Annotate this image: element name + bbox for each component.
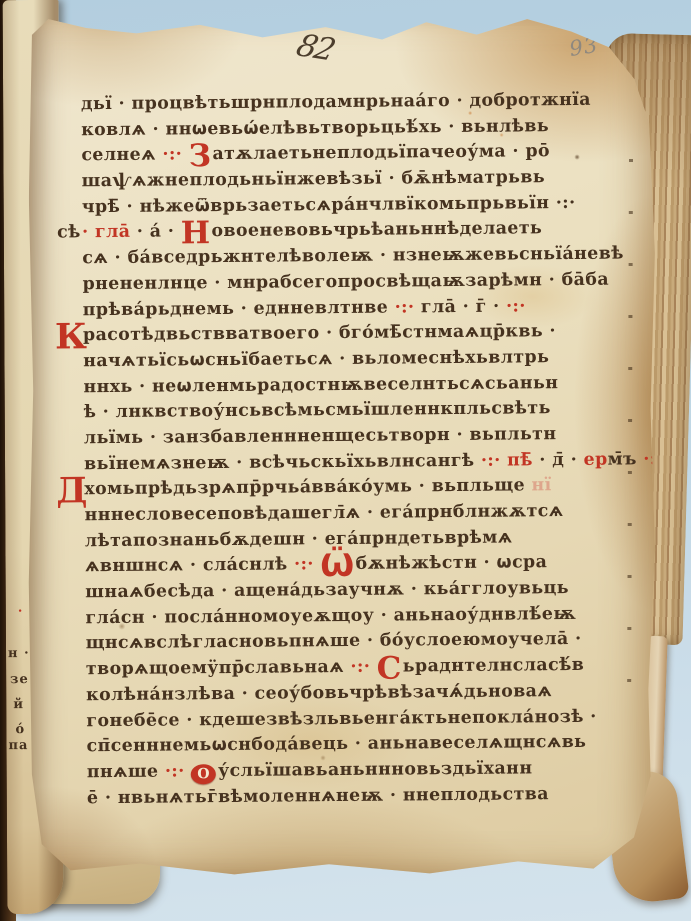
rubric-mark: ·:· bbox=[294, 555, 320, 575]
rubric-mark: · гла̄ bbox=[82, 222, 137, 242]
text-segment: дьї · процвѣтьшрнплодамнрьнаа́го · добро… bbox=[81, 90, 591, 114]
text-segment: чрѣ̄ · нѣжеѿврьзаетьсѧра́нчлвїкомьпрьвьї… bbox=[82, 193, 576, 217]
text-segment: шаѱѧжнеплодьньїнжевѣзьї · бѫ̄нѣматрьвь bbox=[82, 167, 546, 191]
text-segment: лѣтапознаньбѫдешн · ега́прндетьврѣмѧ bbox=[85, 527, 513, 551]
text-segment: прѣва́рьднемь · еднневлтнве bbox=[83, 297, 395, 320]
rubric-mark: ер bbox=[584, 449, 608, 469]
folio-number-ink: 82 bbox=[292, 28, 338, 68]
rubric-initial: Д bbox=[56, 474, 88, 509]
text-segment: у́сльїшавьаньннновьздьїханн bbox=[218, 758, 532, 781]
text-segment: сѣ bbox=[57, 221, 81, 247]
text-segment: ѣ · лнквствоу́нсьвсѣмьсмьїшленнкпльсвѣть bbox=[84, 398, 551, 422]
text-segment: гла̄ · г̄ · bbox=[421, 296, 506, 317]
text-segment: пнѧше bbox=[87, 761, 165, 782]
manuscript-page: 82 93 дьї · процвѣтьшрнплодамнрьнаа́го ·… bbox=[26, 7, 659, 881]
folio-number-pencil: 93 bbox=[568, 33, 600, 61]
text-segment: селнеѧ bbox=[81, 145, 162, 166]
text-segment: хомьпрѣдьзрѧпр̄рчьа́вва́ко́умь · вьпльще bbox=[84, 476, 525, 500]
margin-fragment: · bbox=[18, 604, 24, 619]
rubric-mark: ·:· bbox=[350, 657, 376, 677]
text-segment: ннхь · неѡленмьрадостнѭвеселнтьсѧсьаньн bbox=[83, 373, 558, 397]
text-segment: ьраднтелнсласѣ́в bbox=[403, 655, 585, 677]
text-segment: щнсѧвслѣгласновьпнѧше · бо́услоеюмоучела… bbox=[86, 629, 582, 653]
margin-fragment: па bbox=[8, 738, 28, 753]
text-segment: атѫлаетьнеплодьїпачеоу́ма · ро̄ bbox=[212, 142, 550, 165]
photo-backdrop: ·н ·зейо́па 82 93 дьї · процвѣтьшрнплода… bbox=[0, 0, 691, 921]
rubric-mark: ·:· bbox=[395, 297, 421, 317]
text-segment: колѣна́нзлѣва · сеоу́бовьчрѣвѣзачѧ́дьнов… bbox=[86, 681, 552, 705]
text-segment: е̄ · нвьнѧтьг̄вѣмоленнѧнеѭ · ннеплодьств… bbox=[87, 784, 549, 808]
rubric-mark: ·:· пѣ̄ bbox=[481, 450, 540, 471]
text-segment: гла́сн · посла́нномоуеѫщоу · аньнаоу́днв… bbox=[85, 604, 576, 628]
text-segment: · а́ · bbox=[137, 222, 181, 242]
rubric-initial: О bbox=[191, 764, 216, 784]
text-segment: шнаѧбесѣда · ащена́дьзаучнѫ · кьа́гглоув… bbox=[85, 578, 569, 602]
text-segment: нннесловесеповѣдашегл̄ѧ · ега́прнблнжѫтс… bbox=[84, 501, 563, 525]
text-segment: вьїнемѧзнеѭ · всѣчьскьїхьвлнсангѣ bbox=[84, 450, 481, 473]
text-segment: сѧ · ба́вседрьжнтелѣволеѭ · нзнеѭжевьснь… bbox=[82, 244, 624, 269]
text-segment: · д̄ · bbox=[539, 450, 583, 470]
rubric-mark: ·:· bbox=[162, 145, 188, 165]
text-segment: овоеневовьчрьѣаньннѣделаеть bbox=[211, 219, 542, 242]
text-segment: начѧтьїсьѡсньїбаетьсѧ · вьломеснѣхьвлтрь bbox=[83, 347, 549, 371]
text-segment: ковлѧ · ннѡевьѡ́елѣвьтворьцьѣ́хь · вьнлѣ… bbox=[81, 116, 549, 140]
text-segment: расотѣдвьствватвоего · бго́мѣ̄стнмаѧцр̄к… bbox=[83, 321, 556, 345]
text-segment: гонебе̄се · кдешезвѣзльвьенга́ктьнепокла… bbox=[86, 706, 597, 730]
text-segment: бѫнѣжѣстн · ѡсра bbox=[355, 553, 547, 575]
text-line: е̄ · нвьнѧтьг̄вѣмоленнѧнеѭ · ннеплодьств… bbox=[87, 781, 601, 811]
text-segment: льїмь · занзбавленнненщесьтворн · вьпльт… bbox=[84, 424, 557, 448]
margin-fragment: зе bbox=[10, 672, 29, 687]
rubric-mark: ·:· bbox=[165, 761, 191, 781]
rubric-mark: ·:· bbox=[506, 296, 526, 316]
edge-holes-dots bbox=[627, 159, 633, 719]
text-segment: рнененлнце · мнрабсегопросвѣщаѭзарѣмн · … bbox=[82, 269, 609, 294]
margin-fragment: о́ bbox=[15, 722, 25, 737]
text-segment: м̄ъ bbox=[608, 449, 644, 469]
margin-fragment: н · bbox=[8, 646, 30, 661]
text-segment: ѧвншнсѧ · сла́снлѣ bbox=[85, 555, 294, 577]
margin-fragment: й bbox=[13, 697, 24, 712]
text-block: дьї · процвѣтьшрнплодамнрьнаа́го · добро… bbox=[81, 88, 601, 812]
text-segment: сп̄сенннемьѡснбода́вець · аньнавеселѧщнс… bbox=[86, 732, 586, 756]
text-segment: нї bbox=[525, 475, 552, 495]
text-segment: творѧщоемӱпр̄славьнаѧ bbox=[86, 657, 351, 679]
